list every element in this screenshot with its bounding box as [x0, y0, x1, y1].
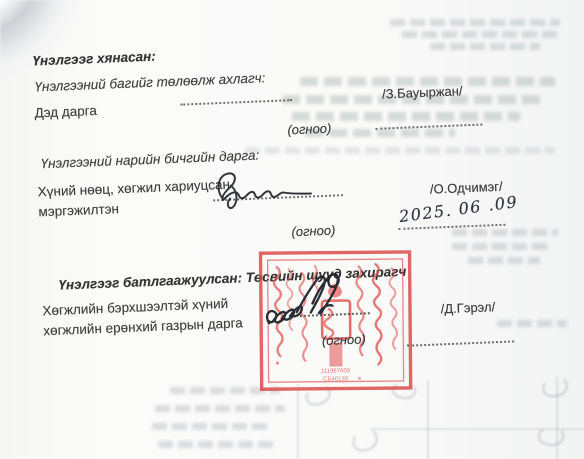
approved-position-line2: хөгжлийн ерөнхий газрын дарга: [43, 315, 243, 338]
reviewed-date-line: [375, 124, 482, 130]
scanned-document-page: Үнэлгээг хянасан: Үнэлгээний багийг төлө…: [0, 0, 584, 459]
secretary-position-line2: мэргэжилтэн: [38, 201, 119, 219]
secretary-position-line1: Хүний нөөц, хөгжил хариуцсан: [37, 177, 230, 200]
document-content: Үнэлгээг хянасан: Үнэлгээний багийг төлө…: [0, 0, 584, 459]
secretary-heading: Үнэлгээний нарийн бичгийн дарга:: [40, 148, 259, 172]
reviewed-subheading: Үнэлгээний багийг төлөөлж ахлагч:: [34, 70, 265, 94]
stamp-serial-line1: 111987600: [321, 368, 351, 374]
approved-date-caption: (огноо): [322, 331, 366, 348]
secretary-date-handwritten: 2025. 06 .09: [398, 192, 519, 226]
secretary-date-line: [398, 224, 505, 230]
approved-signer-name: /Д.Гэрэл/: [440, 299, 495, 316]
reviewed-signature-line: [180, 99, 292, 105]
reviewed-signer-name: /З.Бауыржан/: [382, 83, 463, 101]
secretary-date-caption: (огноо): [291, 223, 335, 240]
secretary-signature: [210, 165, 318, 211]
reviewed-heading: Үнэлгээг хянасан:: [32, 49, 156, 69]
approved-signature: [259, 268, 356, 338]
stamp-serial-line2: СБ40130: [323, 376, 349, 382]
reviewed-date-caption: (огноо): [287, 121, 331, 138]
secretary-signer-name: /О.Одчимэг/: [430, 179, 503, 197]
approved-date-line: [407, 340, 514, 346]
reviewed-position-label: Дэд дарга: [34, 103, 97, 120]
approved-position-line1: Хөгжлийн бэрхшээлтэй хүний: [42, 296, 228, 318]
